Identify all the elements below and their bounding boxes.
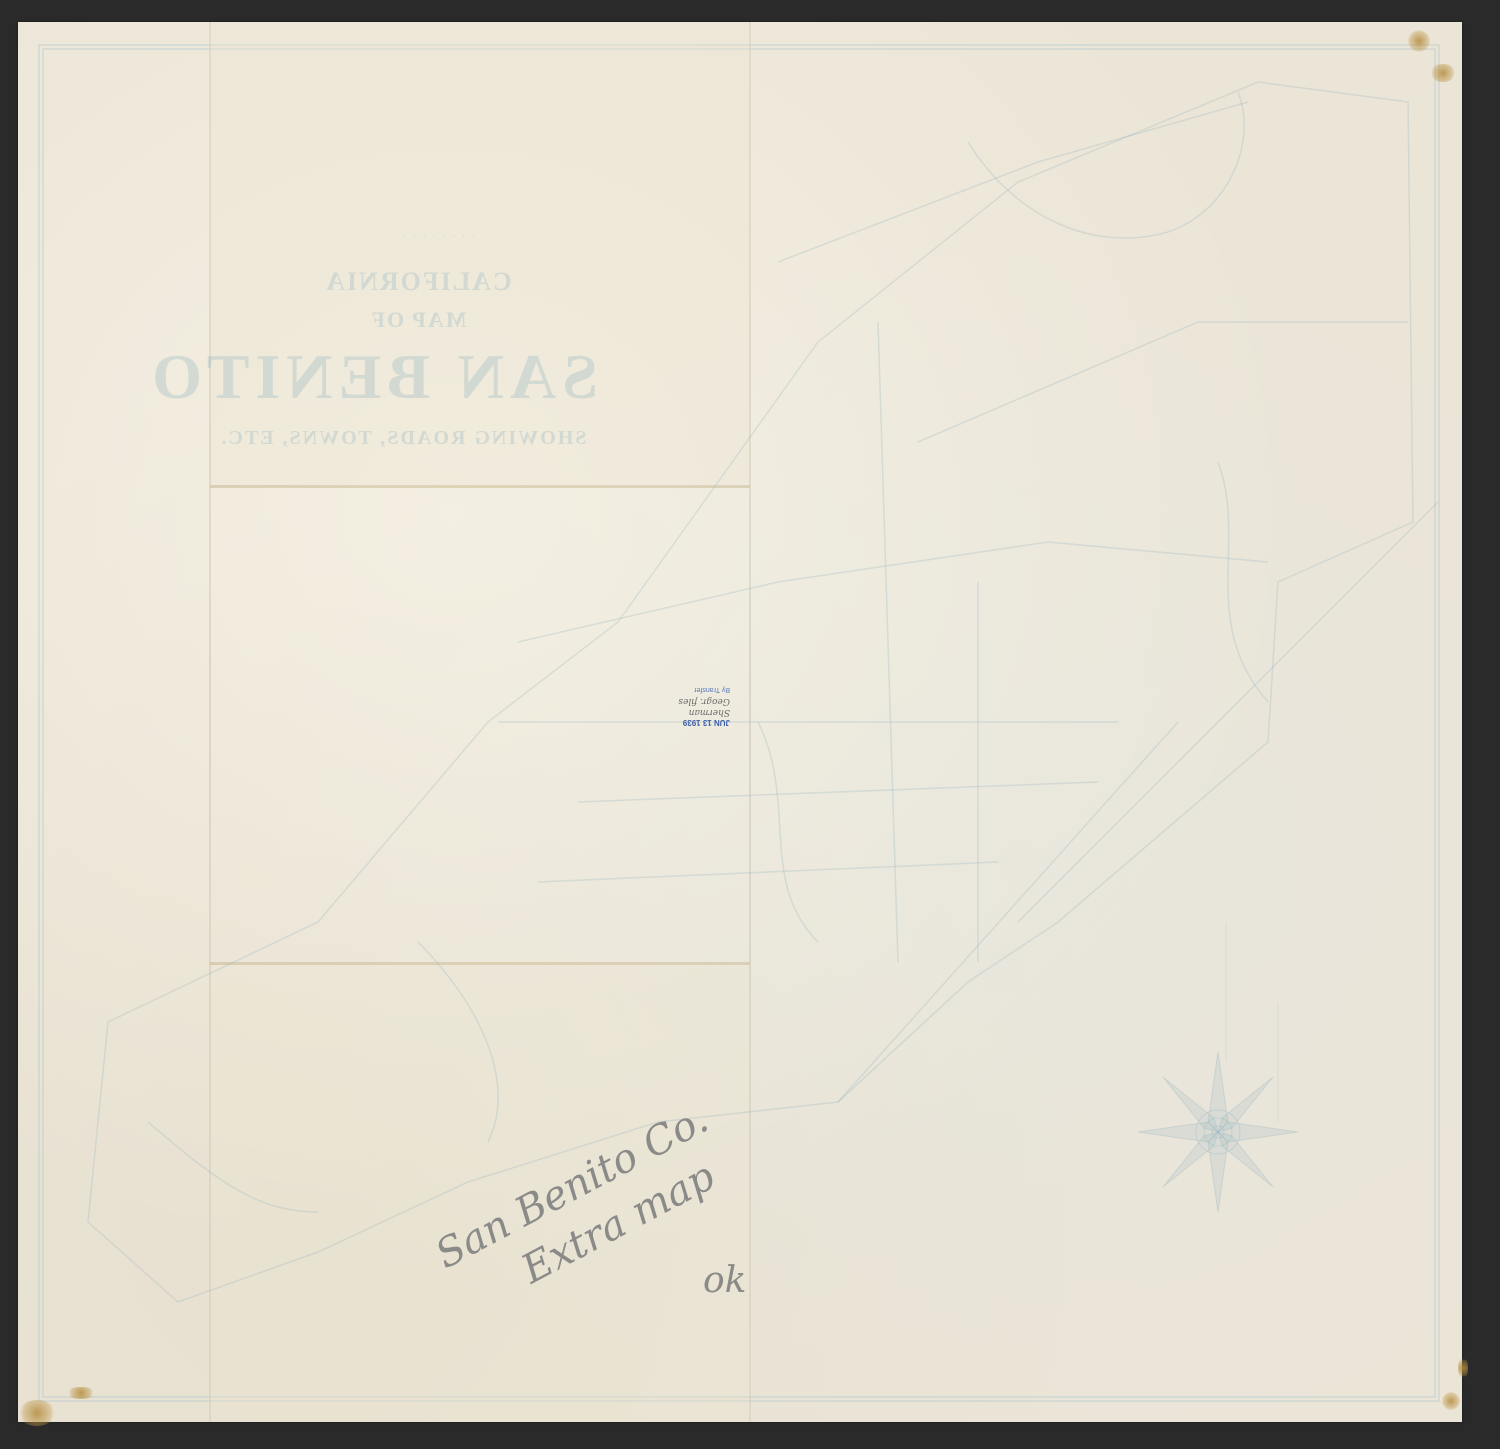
- stamp-date: JUN 13 1939: [650, 717, 730, 728]
- receiving-stamp: JUN 13 1939 Sherman Geogr. files By Tran…: [650, 684, 730, 728]
- annotation-line-3: ok: [703, 1260, 747, 1301]
- stamp-transfer-label: By Transfer: [650, 684, 730, 695]
- mirrored-title-map-of: MAP OF: [298, 307, 538, 333]
- stain-top-right-2: [1430, 64, 1456, 82]
- compass-rose-icon: [1138, 1052, 1298, 1212]
- stain-bottom-right-2: [1458, 1357, 1468, 1379]
- map-sheet-reverse: · · · · · · · · CALIFORNIA MAP OF SAN BE…: [18, 22, 1462, 1422]
- mirrored-title-county: SAN BENITO: [168, 340, 598, 414]
- mirrored-title-state: CALIFORNIA: [238, 267, 598, 297]
- stamp-handwriting-1: Geogr. files: [650, 695, 730, 706]
- mirrored-title-small-text: · · · · · · · ·: [308, 232, 568, 243]
- stain-bottom-right: [1442, 1392, 1460, 1410]
- stain-bottom-left-2: [66, 1387, 96, 1399]
- show-through-map-lines: [18, 22, 1462, 1422]
- stain-bottom-left: [18, 1400, 56, 1426]
- mirrored-title-subtitle: SHOWING ROADS, TOWNS, ETC.: [213, 427, 593, 450]
- stamp-handwriting-2: Sherman: [650, 706, 730, 717]
- stain-top-right: [1408, 30, 1430, 52]
